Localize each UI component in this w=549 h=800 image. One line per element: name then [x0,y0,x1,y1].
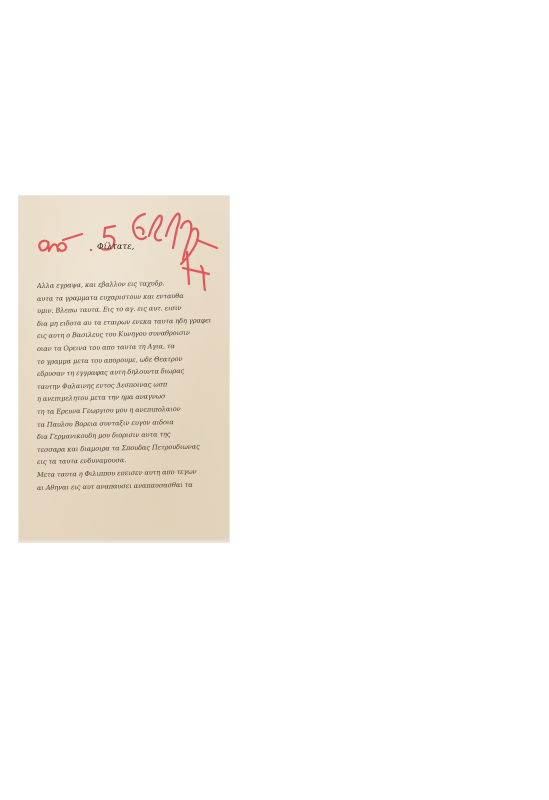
letter-page: Φίλτατε, Αλλα εγραψα, και εβαλλον εις τα… [19,196,229,542]
letter-body: Αλλα εγραψα, και εβαλλον εις ταχυδρ. αυτ… [37,280,225,494]
viewer-canvas: Φίλτατε, Αλλα εγραψα, και εβαλλον εις τα… [0,0,549,800]
salutation: Φίλτατε, [97,242,134,251]
